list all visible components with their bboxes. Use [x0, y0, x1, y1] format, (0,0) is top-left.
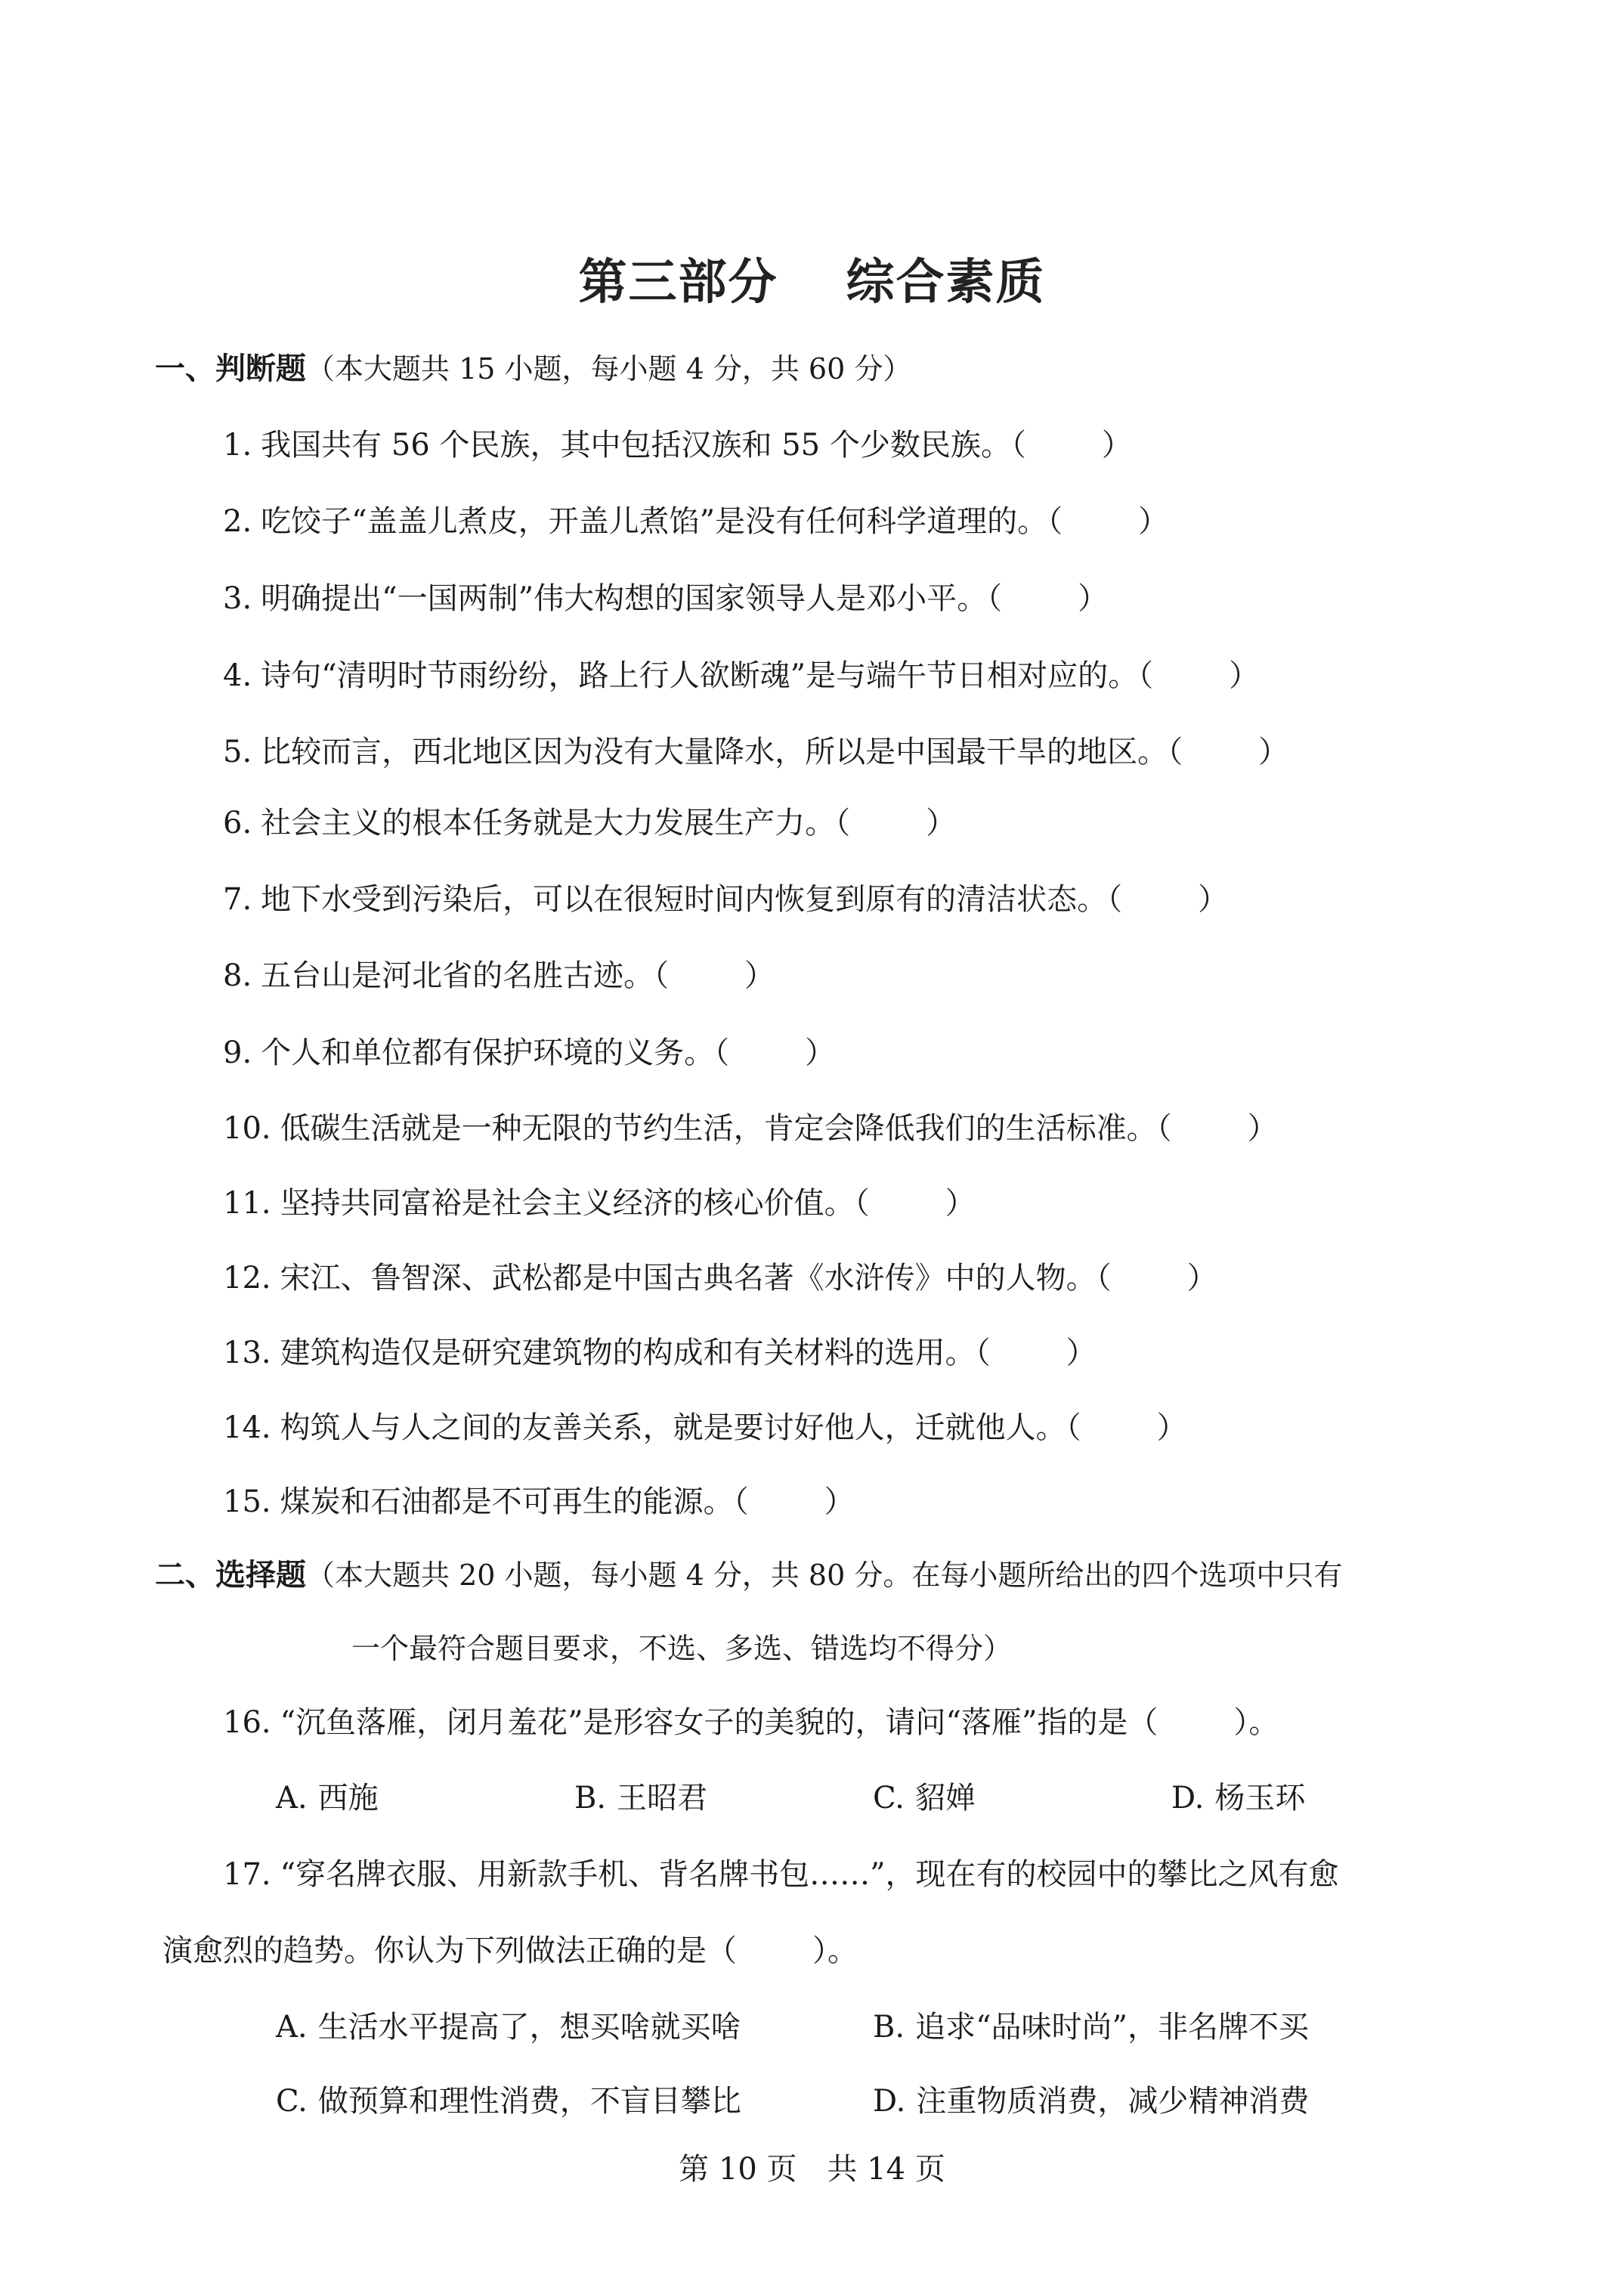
answer-blank-open[interactable]: （ — [1066, 1410, 1081, 1445]
tf-question-4: 4.诗句“清明时节雨纷纷，路上行人欲断魂”是与端午节日相对应的。（） — [223, 652, 1259, 695]
answer-blank-open[interactable]: （ — [1097, 1261, 1112, 1296]
option-text: 貂婵 — [915, 1781, 976, 1816]
page-footer: 第 10 页共 14 页 — [0, 2145, 1624, 2188]
question-number: 7. — [223, 882, 252, 917]
answer-blank-close: ） — [926, 806, 956, 841]
answer-blank-open[interactable]: （ — [987, 581, 1002, 616]
option-letter: A. — [276, 2010, 308, 2045]
answer-blank-close: ） — [1066, 1336, 1097, 1370]
tf-question-12: 12.宋江、鲁智深、武松都是中国古典名著《水浒传》中的人物。（） — [223, 1254, 1217, 1297]
section1-note: （本大题共 15 小题，每小题 4 分，共 60 分） — [306, 352, 911, 385]
answer-blank-close: ） — [1138, 504, 1168, 539]
tf-question-5: 5.比较而言，西北地区因为没有大量降水，所以是中国最干旱的地区。（） — [223, 728, 1288, 771]
q16-option-b[interactable]: B.王昭君 — [574, 1774, 707, 1817]
q17-options-row2: C.做预算和理性消费，不盲目攀比 D.注重物质消费，减少精神消费 — [0, 2077, 1624, 2122]
answer-blank-open[interactable]: （ — [1157, 1111, 1172, 1146]
answer-blank-close: ） — [824, 1484, 855, 1519]
question-number: 17. — [223, 1857, 271, 1892]
part-label: 第三部分 — [579, 254, 778, 311]
page-title: 第三部分综合素质 — [0, 243, 1624, 313]
question-text: 个人和单位都有保护环境的义务。 — [261, 1036, 714, 1070]
section2-title: 二、选择题 — [155, 1557, 306, 1593]
section2-note-line2: 一个最符合题目要求，不选、多选、错选均不得分） — [351, 1625, 1012, 1667]
question-text-line2: 演愈烈的趋势。你认为下列做法正确的是 — [162, 1933, 707, 1968]
option-letter: D. — [1171, 1781, 1204, 1816]
question-number: 16. — [223, 1705, 271, 1740]
mc-question-17: 17.“穿名牌衣服、用新款手机、背名牌书包……”，现在有的校园中的攀比之风有愈 — [223, 1850, 1339, 1893]
tf-question-11: 11.坚持共同富裕是社会主义经济的核心价值。（） — [223, 1179, 976, 1222]
question-text: 建筑构造仅是研究建筑物的构成和有关材料的选用。 — [280, 1336, 976, 1370]
answer-blank-close: ） — [1248, 1111, 1278, 1146]
question-number: 15. — [223, 1484, 271, 1519]
question-text: 社会主义的根本任务就是大力发展生产力。 — [261, 806, 835, 841]
option-letter: B. — [574, 1781, 606, 1816]
answer-blank-open[interactable]: （ — [1128, 1705, 1158, 1740]
tf-question-6: 6.社会主义的根本任务就是大力发展生产力。（） — [223, 799, 956, 842]
answer-blank-close: ） — [1198, 882, 1228, 917]
option-text: 王昭君 — [617, 1781, 707, 1816]
section2-heading: 二、选择题（本大题共 20 小题，每小题 4 分，共 80 分。在每小题所给出的… — [155, 1551, 1342, 1594]
mc-question-17-cont: 演愈烈的趋势。你认为下列做法正确的是（）。 — [162, 1927, 858, 1970]
option-letter: B. — [873, 2010, 905, 2045]
tf-question-8: 8.五台山是河北省的名胜古迹。（） — [223, 952, 775, 995]
page-total: 共 14 页 — [827, 2152, 945, 2187]
question-text: 低碳生活就是一种无限的节约生活，肯定会降低我们的生活标准。 — [280, 1111, 1157, 1146]
question-number: 11. — [223, 1186, 271, 1221]
tf-question-9: 9.个人和单位都有保护环境的义务。（） — [223, 1029, 835, 1072]
page-number: 第 10 页 — [679, 2152, 797, 2187]
section1-title: 一、判断题 — [155, 351, 306, 386]
answer-blank-open[interactable]: （ — [1138, 658, 1153, 693]
answer-blank-close: ） — [1187, 1261, 1217, 1296]
question-number: 3. — [223, 581, 252, 616]
tf-question-10: 10.低碳生活就是一种无限的节约生活，肯定会降低我们的生活标准。（） — [223, 1104, 1278, 1147]
question-number: 12. — [223, 1261, 271, 1296]
answer-blank-close: ） — [1078, 581, 1108, 616]
q16-option-a[interactable]: A.西施 — [276, 1774, 379, 1817]
question-number: 8. — [223, 958, 252, 993]
question-number: 5. — [223, 735, 252, 769]
question-text: 我国共有 56 个民族，其中包括汉族和 55 个少数民族。 — [261, 428, 1011, 463]
question-text: 诗句“清明时节雨纷纷，路上行人欲断魂”是与端午节日相对应的。 — [261, 658, 1138, 693]
answer-blank-close: ） — [805, 1036, 835, 1070]
tf-question-13: 13.建筑构造仅是研究建筑物的构成和有关材料的选用。（） — [223, 1329, 1097, 1372]
question-text: 地下水受到污染后，可以在很短时间内恢复到原有的清洁状态。 — [261, 882, 1107, 917]
answer-blank-close: ） — [744, 958, 775, 993]
q16-option-d[interactable]: D.杨玉环 — [1171, 1774, 1305, 1817]
option-letter: C. — [873, 1781, 905, 1816]
question-text: 宋江、鲁智深、武松都是中国古典名著《水浒传》中的人物。 — [280, 1261, 1097, 1296]
question-number: 2. — [223, 504, 252, 539]
question-number: 9. — [223, 1036, 252, 1070]
question-number: 1. — [223, 428, 252, 463]
question-text: 坚持共同富裕是社会主义经济的核心价值。 — [280, 1186, 855, 1221]
answer-blank-close: ） — [945, 1186, 976, 1221]
answer-blank-open[interactable]: （ — [855, 1186, 870, 1221]
tf-question-14: 14.构筑人与人之间的友善关系，就是要讨好他人，迁就他人。（） — [223, 1404, 1187, 1447]
q16-options: A.西施 B.王昭君 C.貂婵 D.杨玉环 — [0, 1774, 1624, 1819]
tf-question-1: 1.我国共有 56 个民族，其中包括汉族和 55 个少数民族。（） — [223, 421, 1132, 464]
answer-blank-close: ） — [1229, 658, 1259, 693]
answer-blank-open[interactable]: （ — [1168, 735, 1183, 769]
question-number: 4. — [223, 658, 252, 693]
q16-option-c[interactable]: C.貂婵 — [873, 1774, 976, 1817]
question-text: 构筑人与人之间的友善关系，就是要讨好他人，迁就他人。 — [280, 1410, 1066, 1445]
answer-blank-open[interactable]: （ — [835, 806, 850, 841]
answer-blank-open[interactable]: （ — [1107, 882, 1122, 917]
answer-blank-open[interactable]: （ — [1011, 428, 1026, 463]
section2-note-line1: （本大题共 20 小题，每小题 4 分，共 80 分。在每小题所给出的四个选项中… — [306, 1559, 1342, 1592]
question-text: 比较而言，西北地区因为没有大量降水，所以是中国最干旱的地区。 — [261, 735, 1168, 769]
answer-blank-open[interactable]: （ — [654, 958, 669, 993]
question-text: 煤炭和石油都是不可再生的能源。 — [280, 1484, 734, 1519]
tf-question-15: 15.煤炭和石油都是不可再生的能源。（） — [223, 1478, 855, 1521]
answer-blank-open[interactable]: （ — [976, 1336, 991, 1370]
question-text: 明确提出“一国两制”伟大构想的国家领导人是邓小平。 — [261, 581, 987, 616]
answer-blank-open[interactable]: （ — [734, 1484, 749, 1519]
answer-blank-open[interactable]: （ — [714, 1036, 729, 1070]
option-text: 杨玉环 — [1214, 1781, 1305, 1816]
option-letter: D. — [873, 2084, 905, 2119]
tf-question-2: 2.吃饺子“盖盖儿煮皮，开盖儿煮馅”是没有任何科学道理的。（） — [223, 497, 1168, 540]
question-text: 吃饺子“盖盖儿煮皮，开盖儿煮馅”是没有任何科学道理的。 — [261, 504, 1047, 539]
q17-option-a[interactable]: A.生活水平提高了，想买啥就买啥 — [276, 2003, 741, 2046]
question-number: 6. — [223, 806, 252, 841]
question-text-line1: “穿名牌衣服、用新款手机、背名牌书包……”，现在有的校园中的攀比之风有愈 — [280, 1857, 1339, 1892]
question-number: 14. — [223, 1410, 271, 1445]
option-text: 注重物质消费，减少精神消费 — [916, 2084, 1309, 2119]
question-number: 10. — [223, 1111, 271, 1146]
question-text: “沉鱼落雁，闭月羞花”是形容女子的美貌的，请问“落雁”指的是 — [280, 1705, 1128, 1740]
option-letter: A. — [276, 1781, 308, 1816]
answer-blank-close: ）。 — [812, 1933, 858, 1968]
answer-blank-open[interactable]: （ — [707, 1933, 737, 1968]
question-text: 五台山是河北省的名胜古迹。 — [261, 958, 654, 993]
mc-question-16: 16.“沉鱼落雁，闭月羞花”是形容女子的美貌的，请问“落雁”指的是（）。 — [223, 1698, 1279, 1741]
answer-blank-close: ） — [1102, 428, 1132, 463]
tf-question-7: 7.地下水受到污染后，可以在很短时间内恢复到原有的清洁状态。（） — [223, 875, 1228, 918]
option-text: 西施 — [318, 1781, 379, 1816]
answer-blank-open[interactable]: （ — [1047, 504, 1063, 539]
q17-option-d[interactable]: D.注重物质消费，减少精神消费 — [873, 2077, 1309, 2120]
q17-options-row1: A.生活水平提高了，想买啥就买啥 B.追求“品味时尚”，非名牌不买 — [0, 2003, 1624, 2048]
tf-question-3: 3.明确提出“一国两制”伟大构想的国家领导人是邓小平。（） — [223, 574, 1108, 618]
q17-option-c[interactable]: C.做预算和理性消费，不盲目攀比 — [276, 2077, 741, 2120]
option-text: 生活水平提高了，想买啥就买啥 — [318, 2010, 741, 2045]
answer-blank-close: ）。 — [1233, 1705, 1279, 1740]
option-letter: C. — [276, 2084, 308, 2119]
option-text: 做预算和理性消费，不盲目攀比 — [318, 2084, 741, 2119]
answer-blank-close: ） — [1258, 735, 1288, 769]
q17-option-b[interactable]: B.追求“品味时尚”，非名牌不买 — [873, 2003, 1309, 2046]
question-number: 13. — [223, 1336, 271, 1370]
option-text: 追求“品味时尚”，非名牌不买 — [915, 2010, 1309, 2045]
section1-heading: 一、判断题（本大题共 15 小题，每小题 4 分，共 60 分） — [155, 345, 911, 388]
answer-blank-close: ） — [1157, 1410, 1187, 1445]
subject-label: 综合素质 — [846, 254, 1046, 311]
